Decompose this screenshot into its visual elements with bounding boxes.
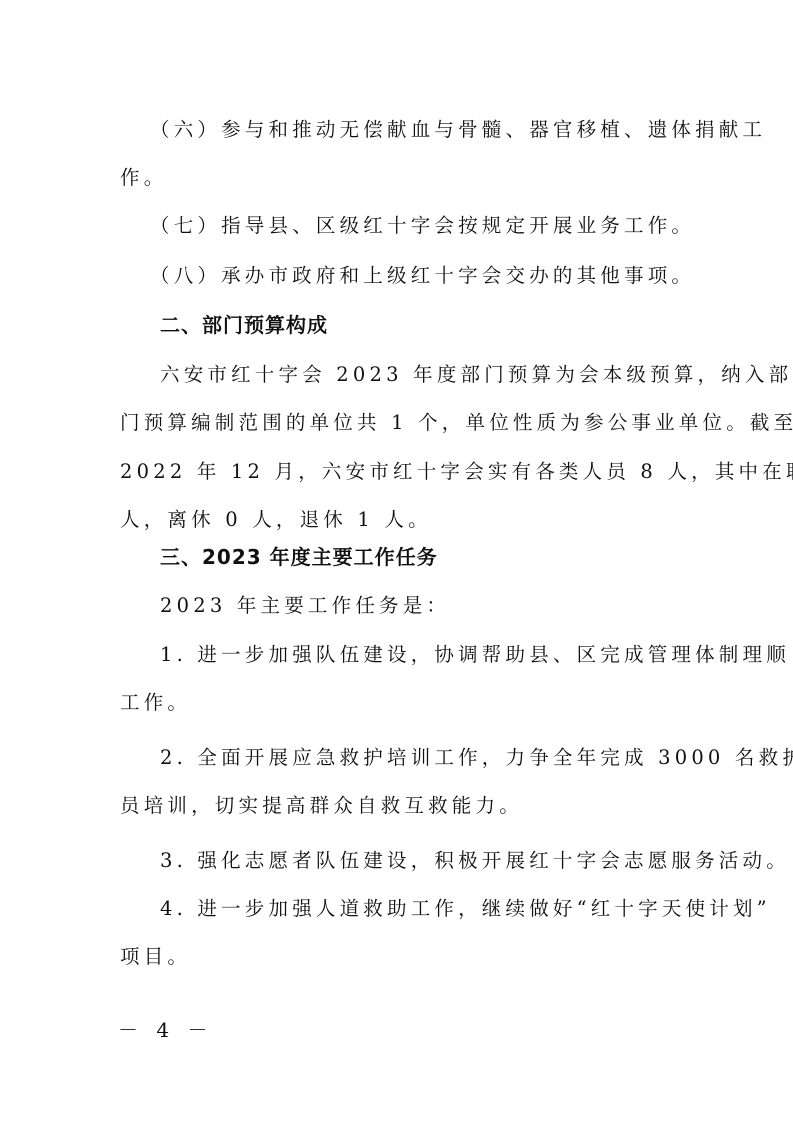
paragraph-line: 2022 年 12 月，六安市红十字会实有各类人员 8 人，其中在职 7 bbox=[120, 460, 793, 484]
paragraph-line: 人，离休 0 人，退休 1 人。 bbox=[120, 508, 432, 532]
paragraph-line: 作。 bbox=[120, 166, 167, 190]
paragraph-line: 2023 年主要工作任务是： bbox=[160, 594, 450, 618]
paragraph-line: 员培训，切实提高群众自救互救能力。 bbox=[120, 794, 523, 818]
paragraph-line: 3. 强化志愿者队伍建设，积极开展红十字会志愿服务活动。 bbox=[160, 849, 790, 873]
section-heading: 二、部门预算构成 bbox=[160, 313, 328, 337]
paragraph-line: 工作。 bbox=[120, 691, 191, 715]
paragraph-line: 门预算编制范围的单位共 1 个，单位性质为参公事业单位。截至 bbox=[120, 411, 793, 435]
paragraph-line: （七）指导县、区级红十字会按规定开展业务工作。 bbox=[150, 214, 695, 238]
paragraph-line: 4. 进一步加强人道救助工作，继续做好“红十字天使计划” bbox=[160, 897, 771, 921]
page-number: － 4 － bbox=[118, 1014, 213, 1043]
paragraph-line: 1. 进一步加强队伍建设，协调帮助县、区完成管理体制理顺 bbox=[160, 643, 790, 667]
paragraph-line: 项目。 bbox=[120, 945, 191, 969]
paragraph-line: 六安市红十字会 2023 年度部门预算为会本级预算，纳入部 bbox=[160, 363, 792, 387]
paragraph-line: 2. 全面开展应急救护培训工作，力争全年完成 3000 名救护 bbox=[160, 746, 793, 770]
paragraph-line: （八）承办市政府和上级红十字会交办的其他事项。 bbox=[150, 264, 695, 288]
section-heading: 三、2023 年度主要工作任务 bbox=[160, 545, 438, 569]
paragraph-line: （六）参与和推动无偿献血与骨髓、器官移植、遗体捐献工 bbox=[150, 118, 766, 142]
